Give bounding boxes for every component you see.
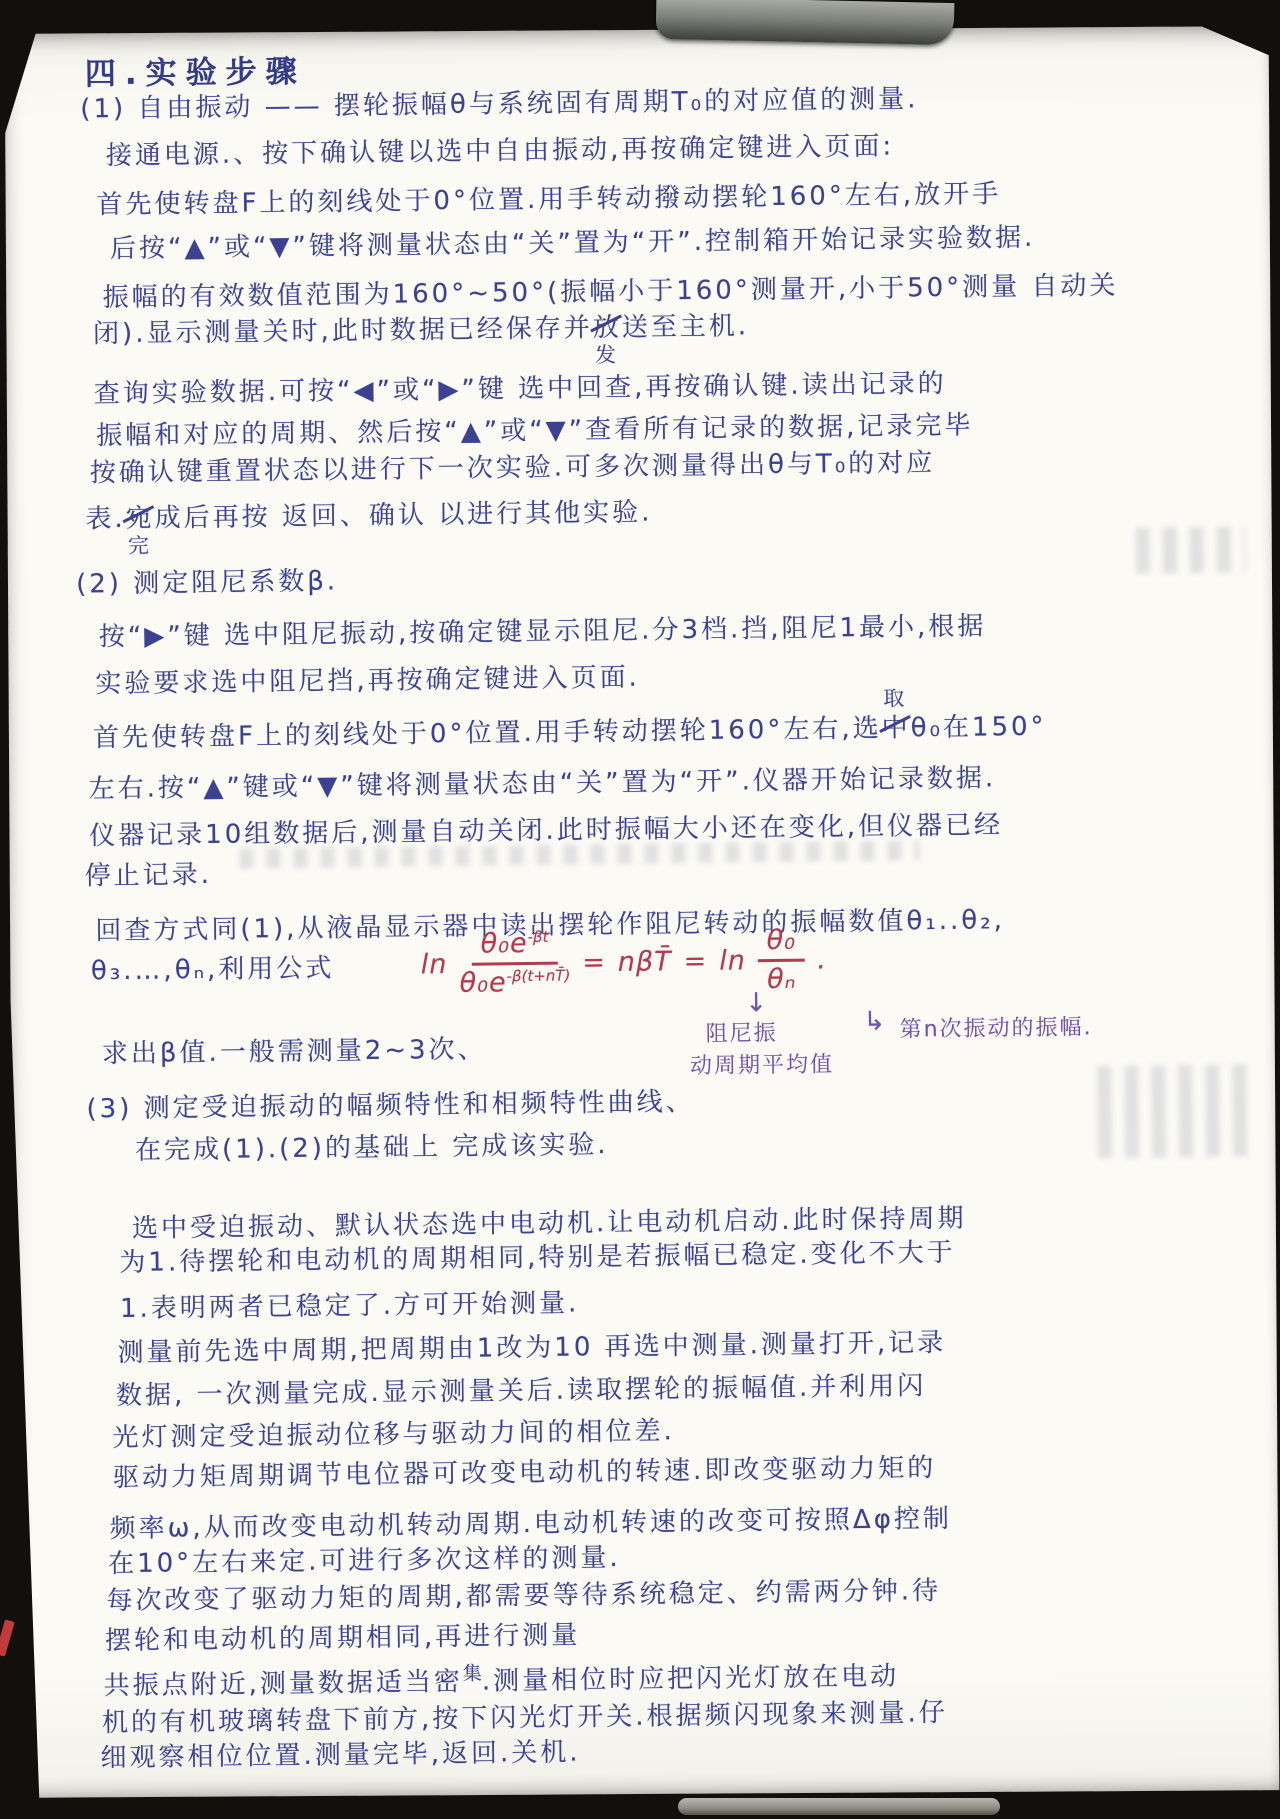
damping-period-note-1: 阻尼振 [705, 1016, 777, 1048]
correction-wrap: 放发 [592, 307, 621, 344]
line-29: 驱动力矩周期调节电位器可改变电动机的转速.即改变驱动力矩的 [113, 1447, 937, 1494]
line-17: 停止记录. [84, 854, 212, 893]
line-28: 光灯测定受迫振动位移与驱动力间的相位差. [112, 1410, 675, 1454]
line-10-prefix: 表. [85, 504, 126, 534]
line-33: 摆轮和电动机的周期相同,再进行测量 [105, 1614, 581, 1657]
line-13: 实验要求选中阻尼挡,再按确定键进入页面. [95, 657, 640, 701]
line-04: 后按“▲”或“▼”键将测量状态由“关”置为“开”.控制箱开始记录实验数据. [110, 217, 1036, 265]
correction-char: 发 [595, 339, 616, 369]
amplitude-note-arrow: ↳ [863, 1007, 887, 1037]
correction-wrap: 宛完 [125, 498, 154, 535]
line-10: 表.宛完成后再按 返回、确认 以进行其他实验. [85, 491, 652, 535]
binder-clip-top [656, 0, 955, 45]
line-34-suffix: .测量相位时应把闪光灯放在电动 [482, 1662, 900, 1697]
binder-clip-bottom [678, 1798, 1000, 1815]
formula-ln: ln [421, 949, 448, 980]
damping-period-note-2: 动周期平均值 [690, 1047, 834, 1080]
line-11: (2) 测定阻尼系数β. [76, 560, 338, 600]
line-26: 测量前先选中周期,把周期由1改为10 再选中测量.测量打开,记录 [117, 1322, 946, 1369]
line-07: 查询实验数据.可按“◀”或“▶”键 选中回查,再按确认键.读出记录的 [94, 363, 947, 410]
denominator-exponent: -β(t+nT̄) [506, 967, 570, 986]
line-06: 闭).显示测量关时,此时数据已经保存并放发送至主机. [93, 305, 749, 350]
correction-char: 完 [128, 530, 149, 560]
inserted-char: 集 [463, 1663, 482, 1685]
bleed-through-smudge [1097, 1064, 1248, 1158]
line-27: 数据, 一次测量完成.显示测量关后.读取摆轮的振幅值.并利用闪 [116, 1365, 927, 1412]
numerator: θ₀e [480, 928, 527, 960]
equals-sign: = [683, 946, 707, 977]
numerator-exponent: -βt [527, 928, 548, 946]
line-02: 接通电源.、按下确认键以选中自由振动,再按确定键进入页面: [106, 125, 895, 172]
line-03: 首先使转盘F上的刻线处于0°位置.用手转动撥动摆轮160°左右,放开手 [96, 173, 1001, 221]
line-36: 细观察相位位置.测量完毕,返回.关机. [100, 1731, 580, 1774]
arrow-down-annotation: ↓ [745, 988, 769, 1018]
line-22: 在完成(1).(2)的基础上 完成该实验. [135, 1124, 609, 1167]
line-14: 首先使转盘F上的刻线处于0°位置.用手转动摆轮160°左右,选中取θ₀在150° [93, 706, 1047, 755]
rhs-numerator: θ₀ [757, 926, 805, 963]
line-31: 在10°左右来定.可进行多次这样的测量. [108, 1537, 621, 1580]
formula-fraction-left: θ₀e-βt θ₀e-β(t+nT̄) [459, 929, 571, 1000]
line-15: 左右.按“▲”键或“▼”键将测量状态由“关”置为“开”.仪器开始记录数据. [88, 757, 996, 805]
line-21: (3) 测定受迫振动的幅频特性和相频特性曲线、 [86, 1081, 695, 1125]
line-12: 按“▶”键 选中阻尼振动,按确定键显示阻尼.分3档.挡,阻尼1最小,根据 [99, 605, 987, 653]
denominator: θ₀e [459, 968, 506, 1000]
line-06-prefix: 闭).显示测量关时,此时数据已经保存并 [93, 313, 593, 349]
line-20: 求出β值.一般需测量2~3次、 [102, 1029, 487, 1071]
line-14-prefix: 首先使转盘F上的刻线处于0°位置.用手转动摆轮160°左右,选 [93, 714, 882, 754]
formula-ln: ln [719, 946, 746, 977]
line-25: 1.表明两者已稳定了.方可开始测量. [120, 1282, 580, 1325]
equals-sign: = [582, 947, 606, 978]
line-34-prefix: 共振点附近,测量数据适当密 [103, 1667, 463, 1701]
rhs-denominator: θₙ [767, 962, 797, 996]
line-06-suffix: 送至主机. [622, 311, 750, 343]
formula-fraction-right: θ₀ θₙ [757, 926, 805, 996]
struck-char: 中 [881, 707, 910, 744]
bleed-through-smudge [1136, 526, 1247, 573]
line-14-suffix: θ₀在150° [910, 712, 1046, 744]
formula-period: . [817, 945, 827, 976]
line-19: θ₃.…,θₙ,利用公式 [91, 947, 335, 987]
line-10-suffix: 成后再按 返回、确认 以进行其他实验. [154, 497, 652, 533]
formula-middle-term: nβT̄ [618, 947, 672, 979]
correction-wrap: 中取 [881, 707, 910, 744]
correction-char: 取 [883, 682, 904, 712]
handwritten-content: 四.实验步骤 (1) 自由振动 —— 摆轮振幅θ与系统固有周期T₀的对应值的测量… [0, 0, 1280, 1819]
amplitude-note-text: 第n次振动的振幅. [899, 1010, 1092, 1043]
